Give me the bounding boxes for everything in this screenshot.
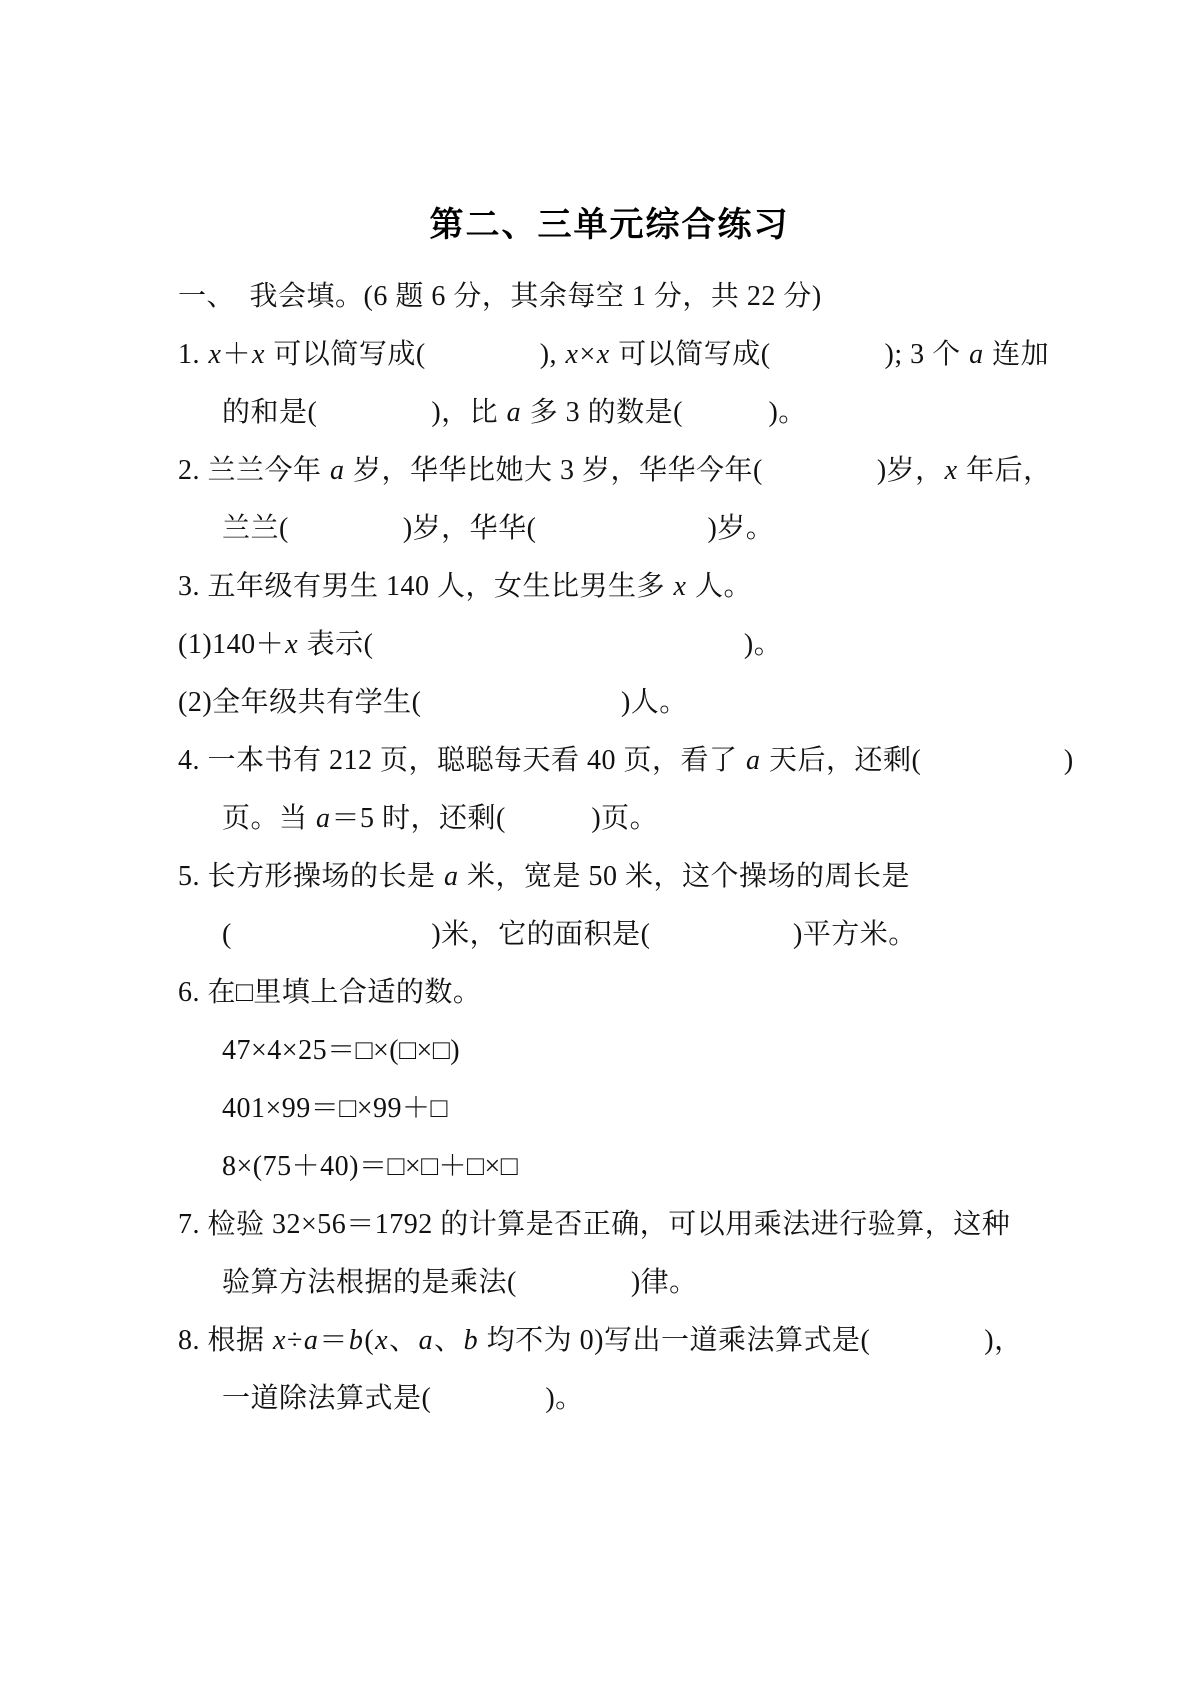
math-variable: x [374, 1325, 389, 1356]
text-segment: ( )米，它的面积是( )平方米。 [222, 919, 917, 950]
text-segment: 、 [434, 1325, 463, 1356]
text-segment: ÷ [287, 1325, 303, 1356]
text-segment: 8×(75＋40)＝□×□＋□×□ [222, 1151, 518, 1182]
text-segment: 的和是( )，比 [222, 397, 506, 428]
q6-line-1: 6. 在□里填上合适的数。 [178, 978, 1041, 1008]
math-variable: x [944, 455, 959, 486]
q4-line-2: 页。当 a＝5 时，还剩( )页。 [178, 804, 1041, 834]
q7-line-2: 验算方法根据的是乘法( )律。 [178, 1268, 1041, 1298]
math-variable: x [272, 1325, 287, 1356]
math-variable: a [745, 745, 762, 776]
text-segment: 人。 [687, 571, 752, 602]
text-segment: 8. 根据 [178, 1325, 272, 1356]
text-segment: 兰兰( )岁，华华( )岁。 [222, 513, 774, 544]
text-segment: 可以简写成( ); 3 个 [611, 339, 968, 370]
math-variable: a [443, 861, 460, 892]
text-segment: 天后，还剩( ) [762, 745, 1074, 776]
math-variable: a [418, 1325, 435, 1356]
text-segment: 表示( )。 [299, 629, 782, 660]
math-variable: x [596, 339, 611, 370]
text-segment: 401×99＝□×99＋□ [222, 1093, 448, 1124]
q6-formula-3: 8×(75＋40)＝□×□＋□×□ [178, 1152, 1041, 1182]
text-segment: ( [364, 1325, 374, 1356]
q3-line-1: 3. 五年级有男生 140 人，女生比男生多 x 人。 [178, 572, 1041, 602]
math-variable: x [673, 571, 688, 602]
text-segment: ＋ [222, 339, 251, 370]
q2-line-2: 兰兰( )岁，华华( )岁。 [178, 514, 1041, 544]
worksheet-page: 第二、三单元综合练习 一、 我会填。(6 题 6 分，其余每空 1 分，共 22… [0, 0, 1191, 1684]
math-variable: x [251, 339, 266, 370]
text-segment: 3. 五年级有男生 140 人，女生比男生多 [178, 571, 673, 602]
text-segment: 可以简写成( ), [266, 339, 565, 370]
worksheet-content: 第二、三单元综合练习 一、 我会填。(6 题 6 分，其余每空 1 分，共 22… [0, 0, 1191, 1414]
q5-line-1: 5. 长方形操场的长是 a 米，宽是 50 米，这个操场的周长是 [178, 862, 1041, 892]
math-variable: a [329, 455, 346, 486]
worksheet-title: 第二、三单元综合练习 [178, 197, 1041, 246]
text-segment: 、 [389, 1325, 418, 1356]
q5-line-2: ( )米，它的面积是( )平方米。 [178, 920, 1041, 950]
q7-line-1: 7. 检验 32×56＝1792 的计算是否正确，可以用乘法进行验算，这种 [178, 1210, 1041, 1240]
text-segment: 一、 我会填。(6 题 6 分，其余每空 1 分，共 22 分) [178, 281, 822, 312]
text-segment: × [579, 339, 595, 370]
text-segment: 均不为 0)写出一道乘法算式是( )， [479, 1325, 1022, 1356]
text-segment: ＝5 时，还剩( )页。 [332, 803, 659, 834]
text-segment: 多 3 的数是( )。 [522, 397, 807, 428]
q6-formula-1: 47×4×25＝□×(□×□) [178, 1036, 1041, 1066]
q8-line-2: 一道除法算式是( )。 [178, 1384, 1041, 1414]
text-segment: 1. [178, 339, 208, 370]
text-segment: 验算方法根据的是乘法( )律。 [222, 1267, 698, 1298]
text-segment: 7. 检验 32×56＝1792 的计算是否正确，可以用乘法进行验算，这种 [178, 1209, 1010, 1240]
math-variable: a [303, 1325, 320, 1356]
text-segment: 年后， [959, 455, 1052, 486]
math-variable: b [463, 1325, 480, 1356]
text-segment: (2)全年级共有学生( )人。 [178, 687, 688, 718]
text-segment: 一道除法算式是( )。 [222, 1383, 584, 1414]
q3-sub-2: (2)全年级共有学生( )人。 [178, 688, 1041, 718]
text-segment: 2. 兰兰今年 [178, 455, 329, 486]
text-segment: 4. 一本书有 212 页，聪聪每天看 40 页，看了 [178, 745, 745, 776]
text-segment: ＝ [319, 1325, 348, 1356]
q2-line-1: 2. 兰兰今年 a 岁，华华比她大 3 岁，华华今年( )岁，x 年后， [178, 456, 1041, 486]
math-variable: x [565, 339, 580, 370]
text-segment: 页。当 [222, 803, 315, 834]
math-variable: a [315, 803, 332, 834]
q6-formula-2: 401×99＝□×99＋□ [178, 1094, 1041, 1124]
section-1-header: 一、 我会填。(6 题 6 分，其余每空 1 分，共 22 分) [178, 282, 1041, 312]
q8-line-1: 8. 根据 x÷a＝b(x、a、b 均不为 0)写出一道乘法算式是( )， [178, 1326, 1041, 1356]
q1-line-2: 的和是( )，比 a 多 3 的数是( )。 [178, 398, 1041, 428]
text-segment: 5. 长方形操场的长是 [178, 861, 443, 892]
text-segment: 连加 [985, 339, 1050, 370]
math-variable: b [348, 1325, 365, 1356]
q4-line-1: 4. 一本书有 212 页，聪聪每天看 40 页，看了 a 天后，还剩( ) [178, 746, 1041, 776]
worksheet-body: 一、 我会填。(6 题 6 分，其余每空 1 分，共 22 分)1. x＋x 可… [178, 282, 1041, 1414]
q1-line-1: 1. x＋x 可以简写成( ), x×x 可以简写成( ); 3 个 a 连加 [178, 340, 1041, 370]
math-variable: a [968, 339, 985, 370]
q3-sub-1: (1)140＋x 表示( )。 [178, 630, 1041, 660]
text-segment: 6. 在□里填上合适的数。 [178, 977, 481, 1008]
text-segment: 岁，华华比她大 3 岁，华华今年( )岁， [346, 455, 944, 486]
text-segment: 47×4×25＝□×(□×□) [222, 1035, 460, 1066]
text-segment: 米，宽是 50 米，这个操场的周长是 [460, 861, 911, 892]
math-variable: a [506, 397, 523, 428]
text-segment: (1)140＋ [178, 629, 284, 660]
math-variable: x [284, 629, 299, 660]
math-variable: x [208, 339, 223, 370]
